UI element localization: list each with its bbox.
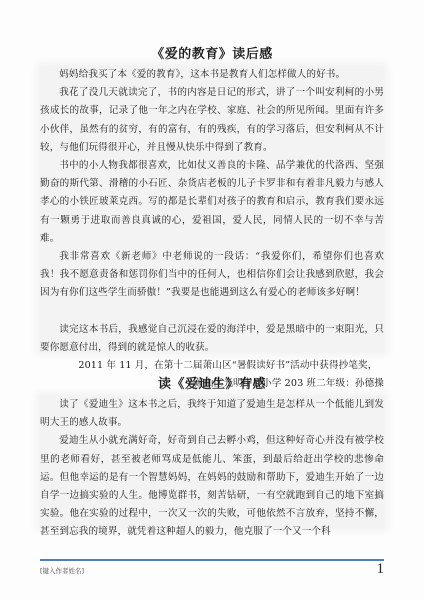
article1-paragraph: 我非常喜欢《新老师》中老师说的一段话：“我爱你们，希望你们也喜欢我！我不愿意责备… bbox=[40, 248, 384, 303]
article2-body: 读了《爱迪生》这本书之后，我终于知道了爱迪生是怎样从一个低能儿到发明大王的感人故… bbox=[40, 396, 384, 528]
article1-paragraph: 书中的小人物我都很喜欢，比如仗义善良的卡隆、品学兼优的代洛西、坚强勤奋的斯代第、… bbox=[40, 157, 384, 248]
award-line: 2011 年 11 月，在第十二届萧山区“暑假读好书”活动中获得抄笔奖， bbox=[40, 357, 384, 375]
article1-title: 《爱的教育》读后感 bbox=[0, 47, 424, 63]
footer-author-placeholder[interactable]: [键入作者姓名] bbox=[40, 566, 84, 575]
article1-paragraph: 妈妈给我买了本《爱的教育》，这本书是教育人们怎样做人的好书。 bbox=[40, 66, 384, 84]
article1-body: 妈妈给我买了本《爱的教育》，这本书是教育人们怎样做人的好书。 我花了没几天就读完… bbox=[40, 66, 384, 352]
page-number: 1 bbox=[377, 561, 385, 578]
article2-title: 读《爱迪生》有感 bbox=[0, 377, 424, 393]
article2-paragraph: 爱迪生从小就充满好奇，好奇到自己去孵小鸡，但这种好奇心并没有被学校里的老师看好，… bbox=[40, 432, 384, 541]
document-page: 《爱的教育》读后感 妈妈给我买了本《爱的教育》，这本书是教育人们怎样做人的好书。… bbox=[0, 0, 424, 600]
article1-paragraph: 读完这本书后，我感觉自己沉浸在爱的海洋中，爱是黑暗中的一束阳光，只要你愿意付出，… bbox=[40, 321, 384, 357]
footer-rule bbox=[40, 559, 384, 561]
article1-paragraph: 我花了没几天就读完了，书的内容是日记的形式，讲了一个叫安利柯的小男孩成长的故事，… bbox=[40, 84, 384, 157]
article2-paragraph: 读了《爱迪生》这本书之后，我终于知道了爱迪生是怎样从一个低能儿到发明大王的感人故… bbox=[40, 396, 384, 432]
